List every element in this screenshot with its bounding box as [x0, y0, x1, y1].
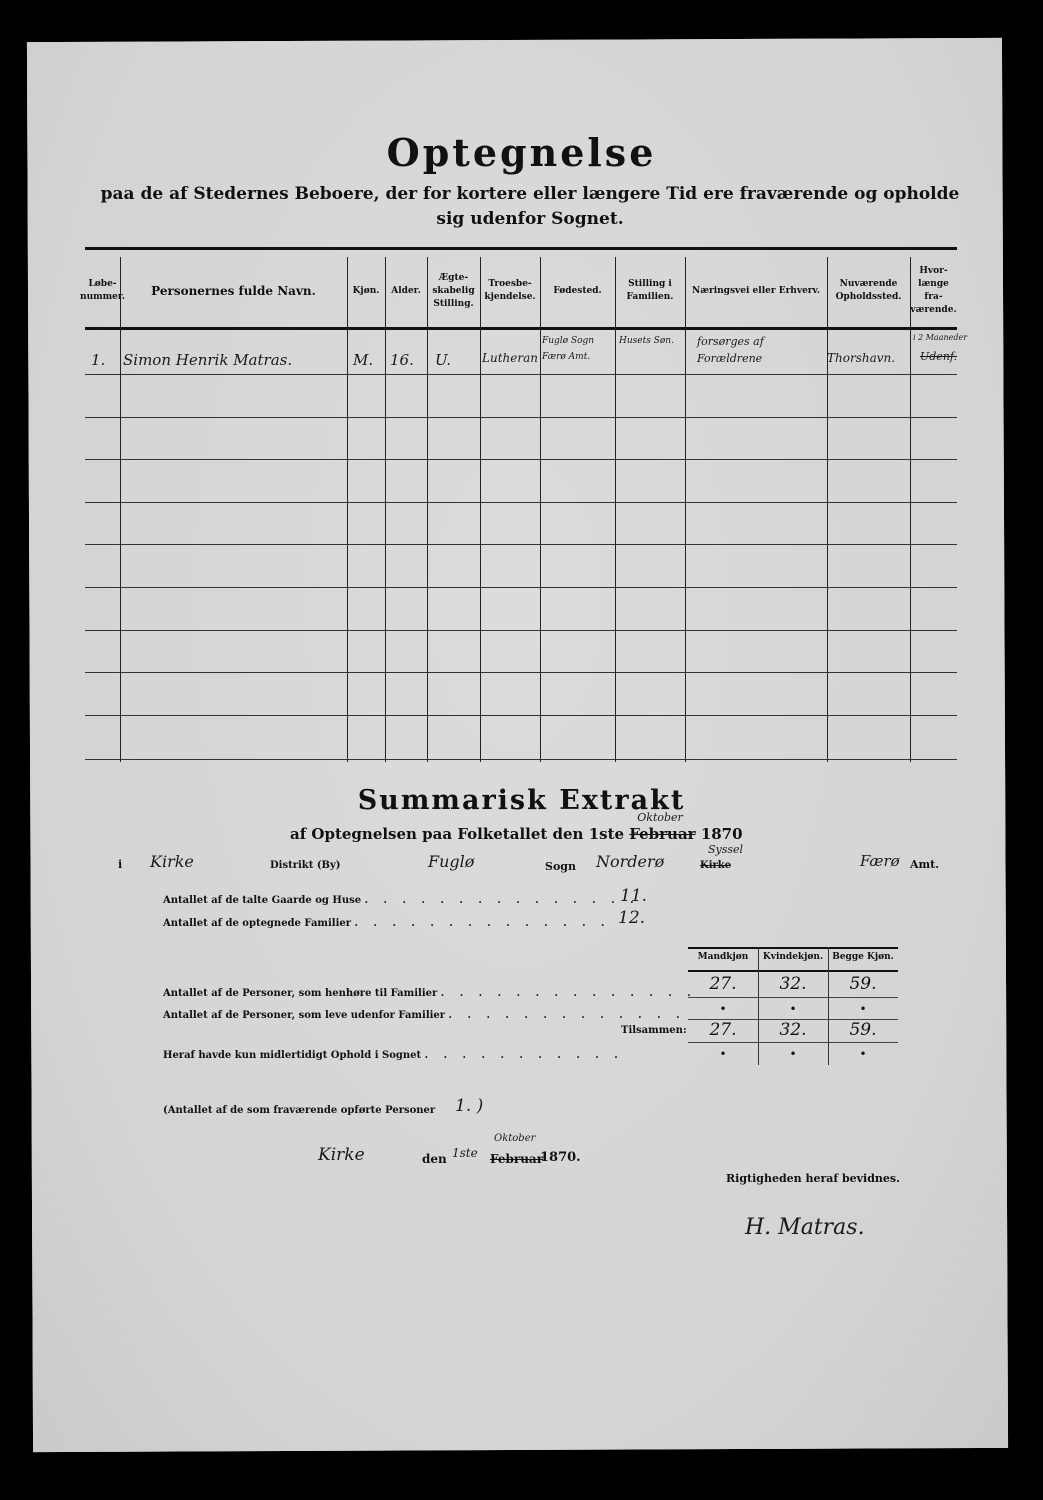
value-female-temporary: •	[763, 1047, 823, 1061]
column-divider	[427, 257, 428, 762]
row-age: 16.	[390, 351, 414, 369]
col-header-number: Løbe-nummer.	[85, 257, 120, 325]
header-male: Mandkjøn	[688, 952, 758, 962]
summary-subtitle: af Optegnelsen paa Folketallet den 1ste …	[290, 825, 743, 843]
parish-label: Sogn	[545, 860, 576, 873]
row-religion: Lutheran	[482, 351, 538, 365]
header-both: Begge Kjøn.	[828, 952, 898, 962]
row-marital: U.	[435, 351, 451, 369]
census-table: Løbe-nummer. Personernes fulde Navn. Kjø…	[85, 247, 957, 767]
column-divider	[685, 257, 686, 762]
value-both-temporary: •	[833, 1047, 893, 1061]
column-divider	[385, 257, 386, 762]
sex-summary-table: Mandkjøn Kvindekjøn. Begge Kjøn. 27. 32.…	[688, 947, 898, 1072]
col-header-birthplace: Fødested.	[540, 257, 615, 325]
value-male-total: 27.	[693, 1020, 753, 1040]
col-header-age: Alder.	[385, 257, 427, 325]
row-sex: M.	[353, 351, 373, 369]
location-value: Kirke	[150, 852, 194, 871]
row-divider	[85, 630, 957, 631]
district-value: Fuglø	[428, 852, 474, 871]
value-male-outside: •	[693, 1002, 753, 1016]
county-value: Færø	[860, 852, 900, 870]
parish-written: Syssel	[708, 843, 743, 856]
summary-month-written: Oktober	[637, 811, 683, 824]
column-divider	[615, 257, 616, 762]
row-divider	[85, 672, 957, 673]
signature: H. Matras.	[745, 1215, 865, 1240]
row-divider	[85, 417, 957, 418]
value-both-families: 59.	[833, 974, 893, 994]
row-divider	[85, 544, 957, 545]
col-header-residence: Nuværende Opholdssted.	[827, 257, 910, 325]
location-prefix: i	[118, 858, 122, 871]
value-both-total: 59.	[833, 1020, 893, 1040]
summary-year: 1870	[701, 825, 743, 843]
column-divider	[827, 257, 828, 762]
houses-value: 11.	[620, 886, 647, 906]
column-divider	[828, 947, 829, 1065]
value-female-outside: •	[763, 1002, 823, 1016]
row-divider	[85, 459, 957, 460]
column-divider	[347, 257, 348, 762]
row-birthplace: Fuglø Sogn Færø Amt.	[542, 333, 614, 365]
summary-title: Summarisk Extrakt	[0, 785, 1043, 816]
column-divider	[540, 257, 541, 762]
summary-subtitle-prefix: af Optegnelsen paa Folketallet den 1ste	[290, 825, 624, 843]
col-header-family-position: Stilling i Familien.	[615, 257, 685, 325]
date-den: den	[422, 1152, 447, 1166]
value-female-total: 32.	[763, 1020, 823, 1040]
col-header-duration: Hvor-længe fra-værende.	[910, 257, 957, 325]
row-divider	[85, 374, 957, 375]
row-divider	[85, 587, 957, 588]
sex-table-header-rule	[688, 970, 898, 972]
row-family-position: Husets Søn.	[619, 333, 683, 349]
row-divider	[688, 997, 898, 998]
value-both-outside: •	[833, 1002, 893, 1016]
parish-value: Norderø	[596, 852, 664, 871]
parish-struck: Kirke	[700, 860, 731, 871]
column-divider	[758, 947, 759, 1065]
date-day: 1ste	[452, 1146, 478, 1160]
row-divider	[688, 1042, 898, 1043]
col-header-sex: Kjøn.	[347, 257, 385, 325]
page-subtitle: paa de af Stedernes Beboere, der for kor…	[100, 182, 960, 232]
value-female-families: 32.	[763, 974, 823, 994]
row-divider	[85, 715, 957, 716]
col-header-name: Personernes fulde Navn.	[120, 257, 347, 325]
page-title: Optegnelse	[0, 130, 1043, 175]
county-label: Amt.	[910, 858, 939, 871]
header-female: Kvindekjøn.	[758, 952, 828, 962]
column-divider	[480, 257, 481, 762]
table-top-rule	[85, 247, 957, 250]
col-header-occupation: Næringsvei eller Erhverv.	[685, 257, 827, 325]
column-divider	[120, 257, 121, 762]
date-month-written: Oktober	[494, 1133, 535, 1144]
row-duration: i 2 Maaneder	[913, 333, 967, 342]
row-number: 1.	[91, 351, 105, 369]
place-value: Kirke	[318, 1145, 365, 1165]
value-male-temporary: •	[693, 1047, 753, 1061]
date-year: 1870.	[540, 1150, 581, 1165]
row-duration-struck: Udenf.	[920, 350, 957, 363]
row-divider	[85, 759, 957, 760]
temporary-label: Heraf havde kun midlertidigt Ophold i So…	[163, 1050, 624, 1061]
col-header-marital: Ægte-skabelig Stilling.	[427, 257, 480, 325]
row-residence: Thorshavn.	[827, 351, 895, 365]
attestation: Rigtigheden heraf bevidnes.	[726, 1172, 900, 1185]
col-header-religion: Troesbe-kjendelse.	[480, 257, 540, 325]
families-persons-label: Antallet af de Personer, som henhøre til…	[163, 988, 697, 999]
date-month-struck: Februar	[490, 1152, 543, 1166]
families-value: 12.	[618, 908, 645, 928]
families-label: Antallet af de optegnede Familier . . . …	[163, 918, 611, 929]
row-name: Simon Henrik Matras.	[123, 351, 292, 369]
summary-month-struck: Februar	[629, 825, 695, 843]
row-divider	[85, 502, 957, 503]
houses-label: Antallet af de talte Gaarde og Huse . . …	[163, 895, 640, 906]
sex-table-top-rule	[688, 947, 898, 949]
column-divider	[910, 257, 911, 762]
value-male-families: 27.	[693, 974, 753, 994]
total-label: Tilsammen:	[621, 1025, 687, 1036]
outside-persons-label: Antallet af de Personer, som leve udenfo…	[163, 1010, 686, 1021]
absent-count-label: (Antallet af de som fraværende opførte P…	[163, 1105, 435, 1116]
row-occupation: forsørges af Forældrene	[697, 333, 825, 367]
district-label: Distrikt (By)	[270, 860, 341, 871]
absent-count-value: 1. )	[455, 1096, 483, 1116]
